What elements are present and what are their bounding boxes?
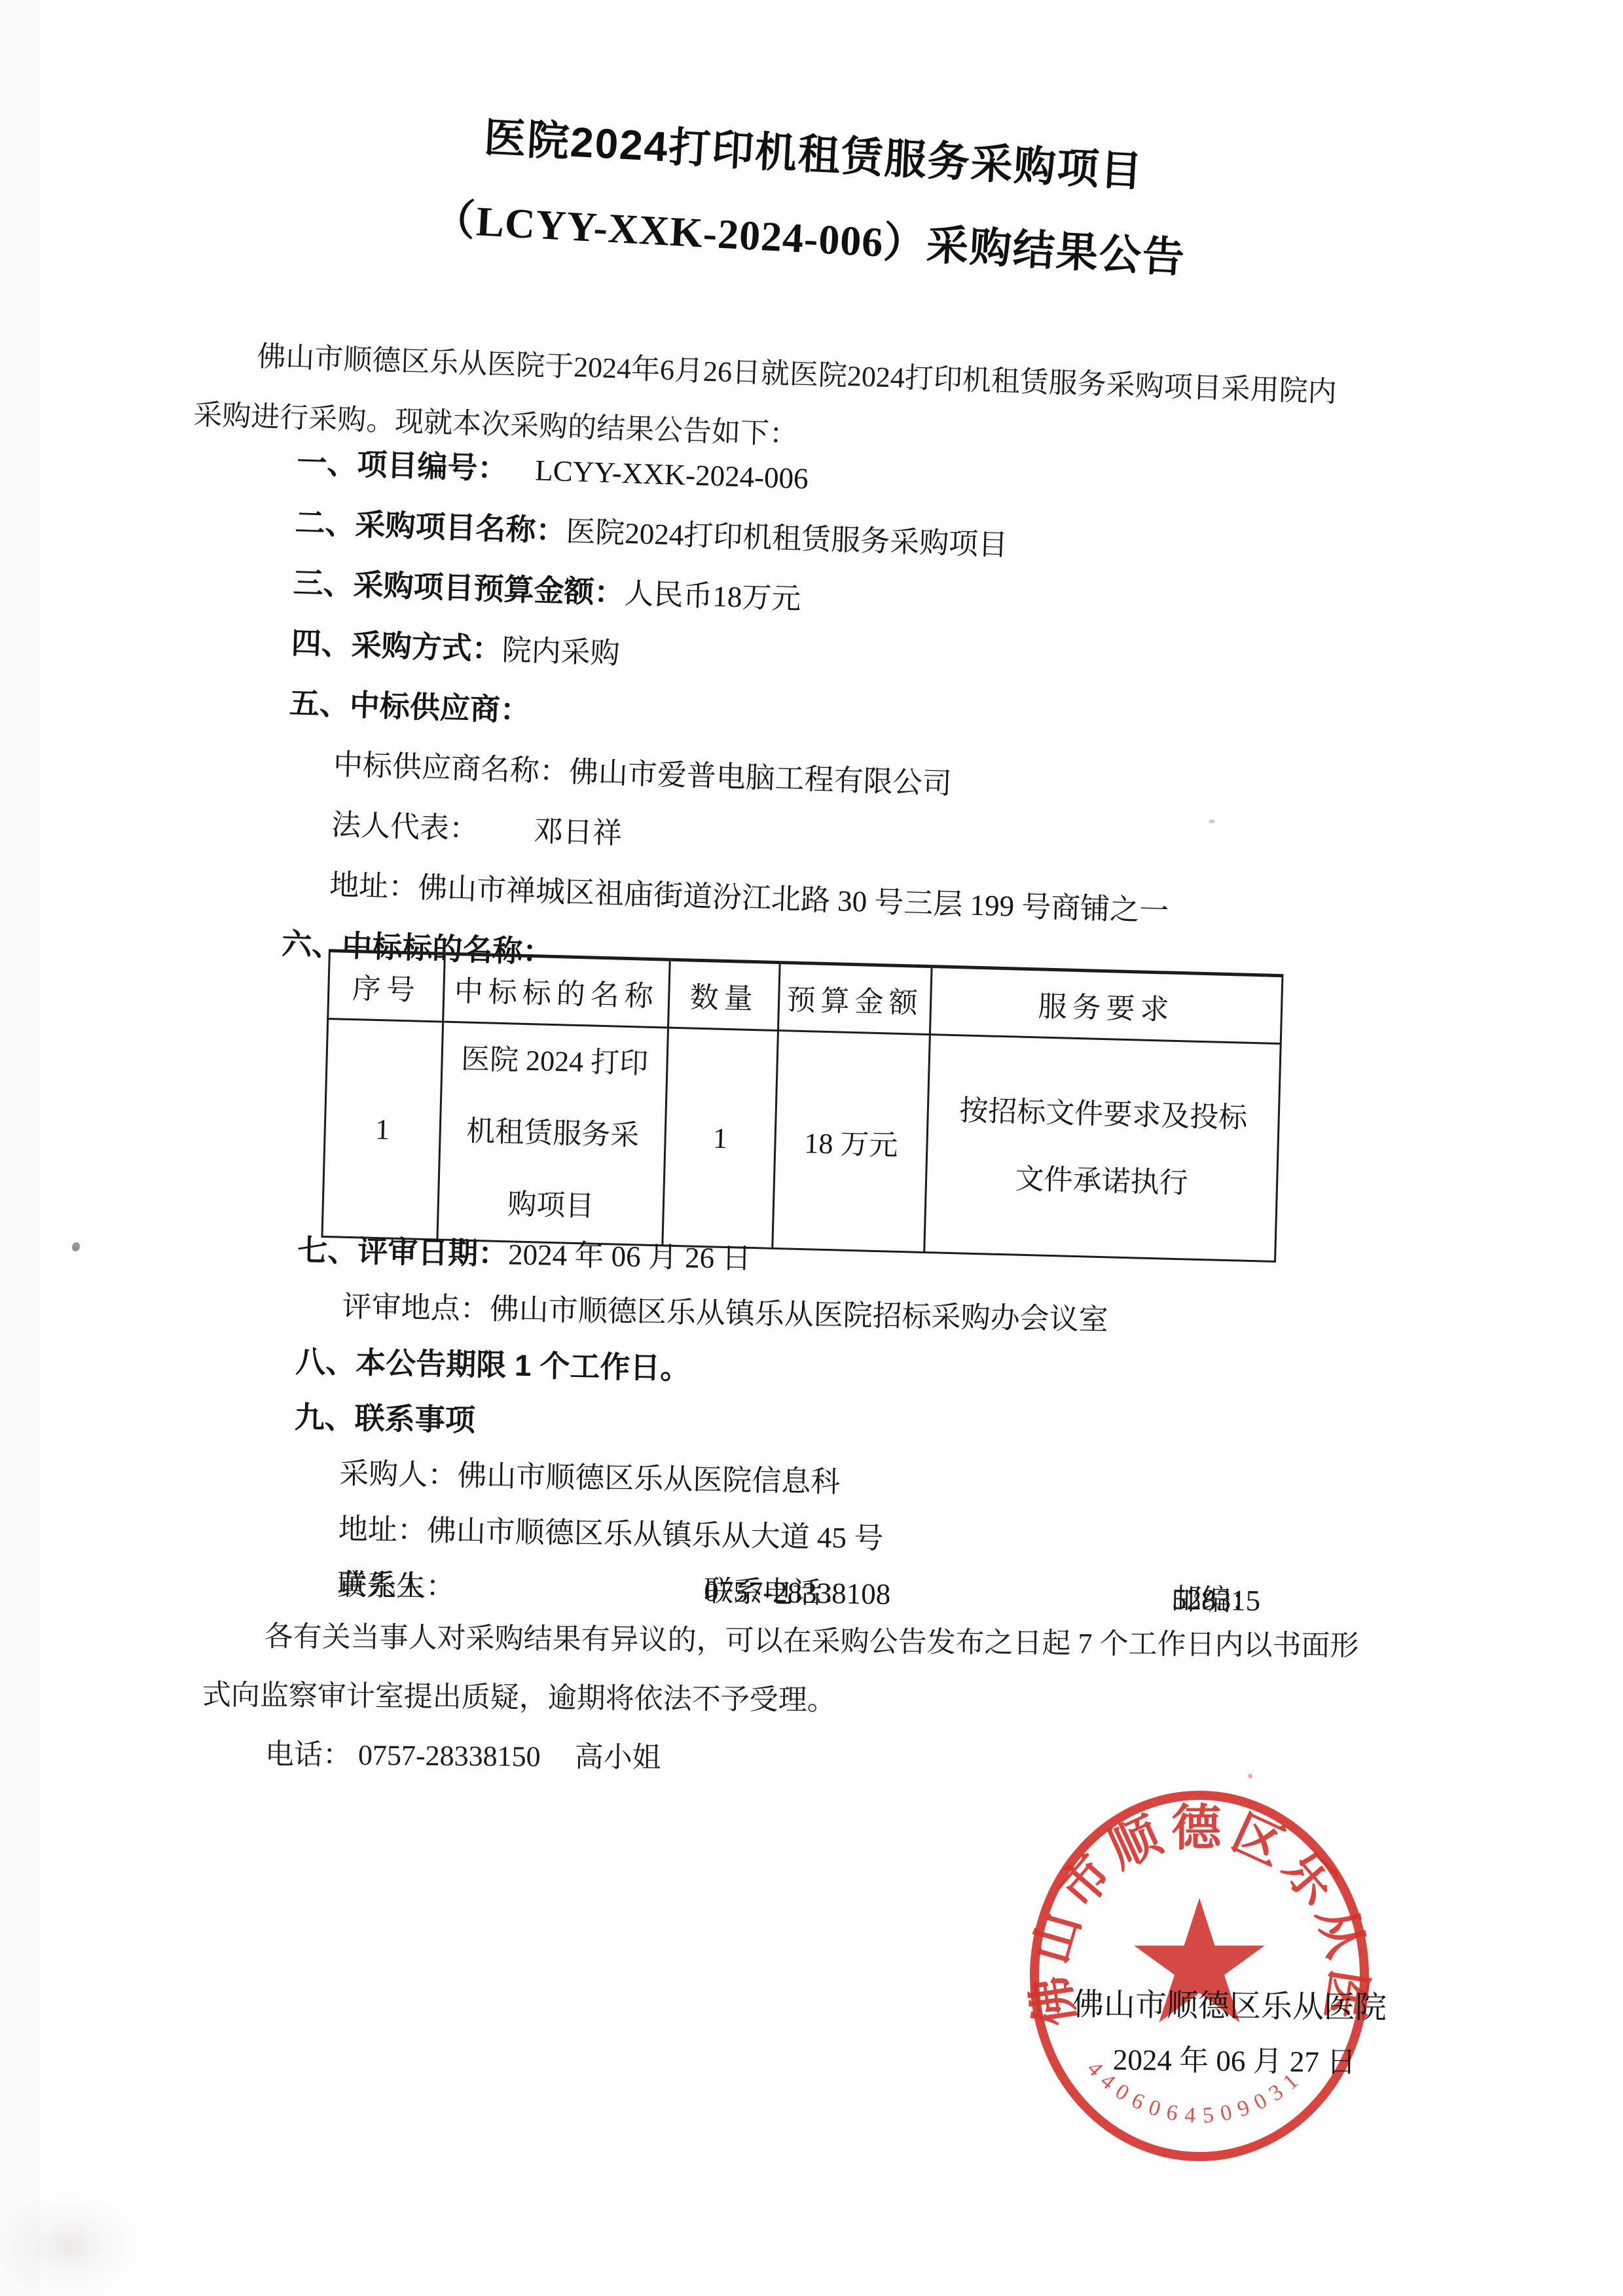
official-seal: 佛山市顺德区乐从医院 4406064509031 [1023,1787,1376,2164]
item-9-number: 九、 [294,1400,355,1435]
items-list: 一、项目编号：LCYY-XXK-2024-006 二、采购项目名称：医院2024… [281,432,1476,1011]
item-5-label: 中标供应商： [349,688,530,728]
item-3-number: 三、 [293,565,354,601]
item-1-value: LCYY-XXK-2024-006 [535,454,809,495]
document-title: 医院2024打印机租赁服务采购项目 （LCYY-XXK-2024-006）采购结… [0,70,1623,323]
scanner-edge-artifact [0,0,40,2296]
supplier-address-value: 佛山市禅城区祖庙街道汾江北路 30 号三层 199 号商铺之一 [417,871,1169,927]
cell-quantity: 1 [663,1028,778,1248]
item-4-value: 院内采购 [501,634,620,670]
scan-speck [71,1241,81,1252]
objection-phone-line: 电话：0757-28338150高小姐 [265,1725,1450,1795]
item-7-number: 七、 [297,1233,358,1268]
item-8-number: 八、 [295,1344,356,1380]
buyer-address-label: 地址： [338,1513,427,1547]
item-4-number: 四、 [291,626,352,662]
supplier-address-label: 地址： [329,869,419,904]
header-award-name: 中标标的名称 [443,954,670,1028]
award-name-line-2: 机租赁服务采 [440,1095,665,1173]
review-date-value: 2024 年 06 月 26 日 [508,1238,752,1275]
item-1-number: 一、 [297,445,358,481]
item-3-value: 人民币18万元 [624,577,801,615]
item-4-label: 采购方式： [351,628,503,666]
header-service-req: 服务要求 [930,967,1283,1044]
award-name-line-1: 医院 2024 打印 [442,1023,667,1101]
item-3-label: 采购项目预算金额： [353,567,625,610]
scan-speck [1209,819,1215,823]
item-2-number: 二、 [295,505,356,541]
item-5-number: 五、 [289,686,350,722]
sections-7-to-9: 七、评审日期：2024 年 06 月 26 日 评审地点：佛山市顺德区乐从镇乐从… [291,1223,1476,1632]
award-table: 序号 中标标的名称 数量 预算金额 服务要求 1 医院 2024 打印 机租赁服… [321,949,1283,1263]
service-req-line-2: 文件承诺执行 [926,1143,1277,1219]
objection-line-1: 各有关当事人对采购结果有异议的，可以在采购公告发布之日起 7 个工作日内以书面形 [202,1607,1450,1677]
item-2-label: 采购项目名称： [355,507,566,548]
header-seq: 序号 [328,951,445,1022]
legal-rep-value: 邓日祥 [533,815,623,850]
objection-line-2: 式向监察审计室提出质疑，逾期将依法不予受理。 [202,1666,1450,1736]
signature-org-name: 佛山市顺德区乐从医院 [1072,1979,1387,2027]
phone-number: 0757-28338150 [358,1739,541,1772]
phone-label: 电话： [265,1738,352,1771]
contact-title: 联系事项 [354,1401,475,1437]
signature-date: 2024 年 06 月 27 日 [1113,2036,1357,2081]
service-req-line-1: 按招标文件要求及投标 [928,1077,1279,1153]
buyer-value: 佛山市顺德区乐从医院信息科 [457,1459,841,1498]
objection-paragraph: 各有关当事人对采购结果有异议的，可以在采购公告发布之日起 7 个工作日内以书面形… [202,1607,1450,1795]
review-place-value: 佛山市顺德区乐从镇乐从医院招标采购办会议室 [489,1293,1108,1336]
legal-rep-label: 法人代表： [331,808,479,846]
phone-contact-person: 高小姐 [574,1741,661,1774]
header-quantity: 数量 [668,960,780,1030]
title-paren-open: （ [432,195,478,244]
notice-period-text: 本公告期限 1 个工作日。 [356,1346,691,1386]
supplier-name-value: 佛山市爱普电脑工程有限公司 [568,755,952,800]
contact-person-value: 黄先生 [337,1557,426,1614]
cell-budget: 18 万元 [773,1031,930,1253]
review-date-label: 评审日期： [357,1234,509,1271]
buyer-label: 采购人： [339,1457,458,1492]
header-budget: 预算金额 [778,963,932,1035]
item-2-value: 医院2024打印机租赁服务采购项目 [566,515,1008,562]
item-1-label: 项目编号： [357,447,509,486]
supplier-name-label: 中标供应商名称： [333,748,569,788]
scanned-announcement-page: 医院2024打印机租赁服务采购项目 （LCYY-XXK-2024-006）采购结… [0,0,1623,2296]
cell-service-req: 按招标文件要求及投标 文件承诺执行 [924,1035,1281,1262]
buyer-address-value: 佛山市顺德区乐从镇乐从大道 45 号 [426,1515,883,1555]
project-code: LCYY-XXK-2024-006 [475,198,884,265]
scan-speck [1248,1774,1252,1778]
cell-award-name: 医院 2024 打印 机租赁服务采 购项目 [437,1022,668,1246]
review-place-label: 评审地点： [342,1290,490,1325]
cell-seq: 1 [322,1019,443,1240]
scan-smudge [0,2197,137,2296]
title-line-2-rest: ）采购结果公告 [882,219,1186,281]
